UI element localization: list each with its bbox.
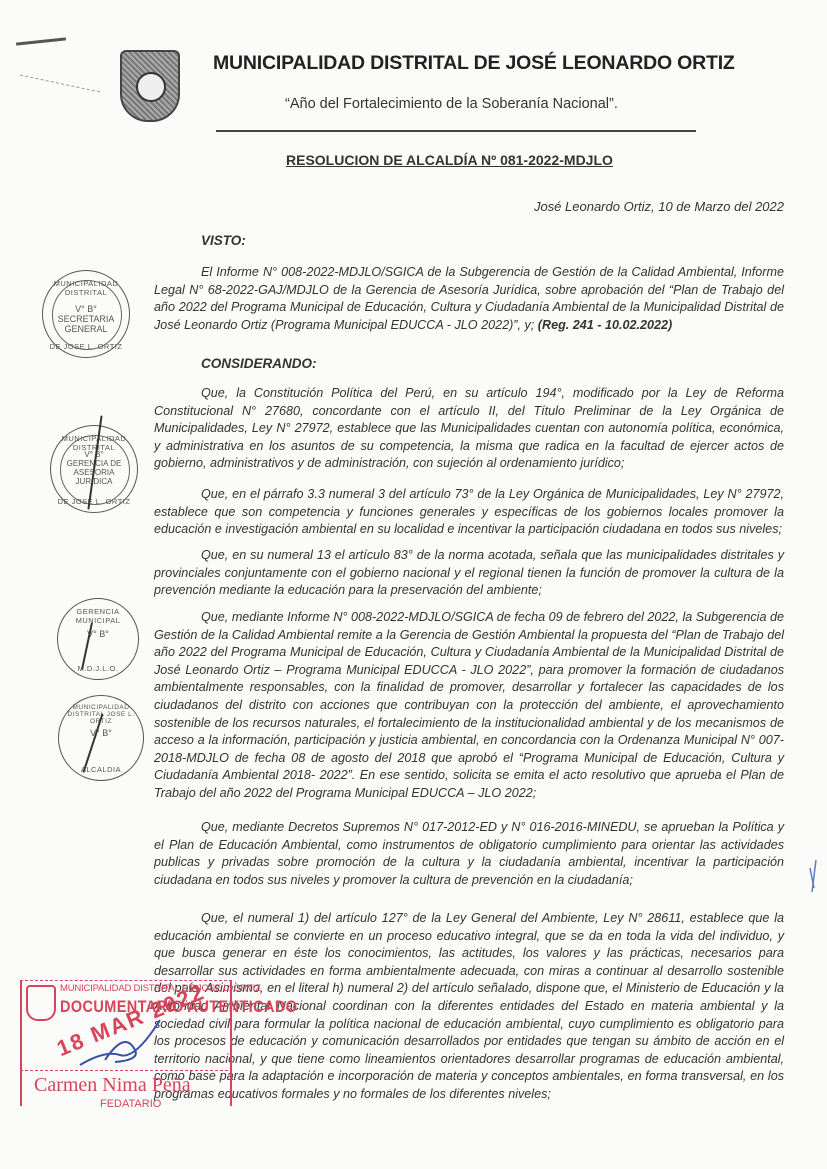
institution-name: MUNICIPALIDAD DISTRITAL DE JOSÉ LEONARDO…	[213, 52, 733, 75]
year-motto: “Año del Fortalecimiento de la Soberanía…	[285, 96, 618, 112]
seal-ring-text: GERENCIA MUNICIPAL	[58, 607, 138, 625]
visto-heading: VISTO:	[201, 233, 246, 248]
visto-text: El Informe N° 008-2022-MDJLO/SGICA de la…	[154, 265, 784, 332]
seal-alcaldia: MUNICIPALIDAD DISTRITAL JOSE L. ORTIZ V°…	[58, 695, 144, 781]
date-line: José Leonardo Ortiz, 10 de Marzo del 202…	[534, 199, 784, 214]
considerando-paragraph: Que, en el párrafo 3.3 numeral 3 del art…	[154, 486, 784, 539]
coat-of-arms-portrait	[136, 72, 166, 102]
considerando-heading: CONSIDERANDO:	[201, 356, 317, 371]
considerando-paragraph: Que, mediante Informe N° 008-2022-MDJLO/…	[154, 609, 784, 803]
stamp-institution: MUNICIPALIDAD DISTRITAL DE JOSE L. ORTIZ	[60, 983, 261, 994]
seal-ring-text: DE JOSE L. ORTIZ	[51, 497, 137, 506]
seal-ring-text: ALCALDIA	[59, 765, 143, 774]
seal-center-text: V° B° SECRETARIA GENERAL	[43, 304, 129, 334]
seal-secretaria-general: MUNICIPALIDAD DISTRITAL V° B° SECRETARIA…	[42, 270, 130, 358]
seal-gerencia-municipal: GERENCIA MUNICIPAL V° B° M.D.J.L.O.	[57, 598, 139, 680]
margin-check-mark-icon	[808, 858, 818, 894]
seal-center-text: V° B°	[58, 629, 138, 639]
notary-role: FEDATARIO	[100, 1098, 161, 1110]
municipal-coat-of-arms-icon	[120, 50, 180, 122]
considerando-paragraph: Que, mediante Decretos Supremos N° 017-2…	[154, 819, 784, 889]
considerando-paragraph: Que, en su numeral 13 el artículo 83° de…	[154, 547, 784, 600]
registration-reference: (Reg. 241 - 10.02.2022)	[538, 318, 672, 332]
seal-ring-text: DE JOSE L. ORTIZ	[43, 342, 129, 351]
visto-paragraph: El Informe N° 008-2022-MDJLO/SGICA de la…	[154, 264, 784, 334]
seal-center-text: V° B°	[59, 728, 143, 738]
seal-ring-text: MUNICIPALIDAD DISTRITAL	[43, 279, 129, 297]
considerando-paragraph: Que, la Constitución Política del Perú, …	[154, 385, 784, 473]
seal-ring-text: M.D.J.L.O.	[58, 664, 138, 673]
header-divider	[216, 130, 696, 132]
blue-signature-icon	[75, 1010, 165, 1070]
resolution-title: RESOLUCION DE ALCALDÍA Nº 081-2022-MDJLO	[286, 152, 613, 168]
stamp-emblem-icon	[26, 985, 56, 1021]
notary-name: Carmen Nima Peña	[34, 1074, 191, 1097]
